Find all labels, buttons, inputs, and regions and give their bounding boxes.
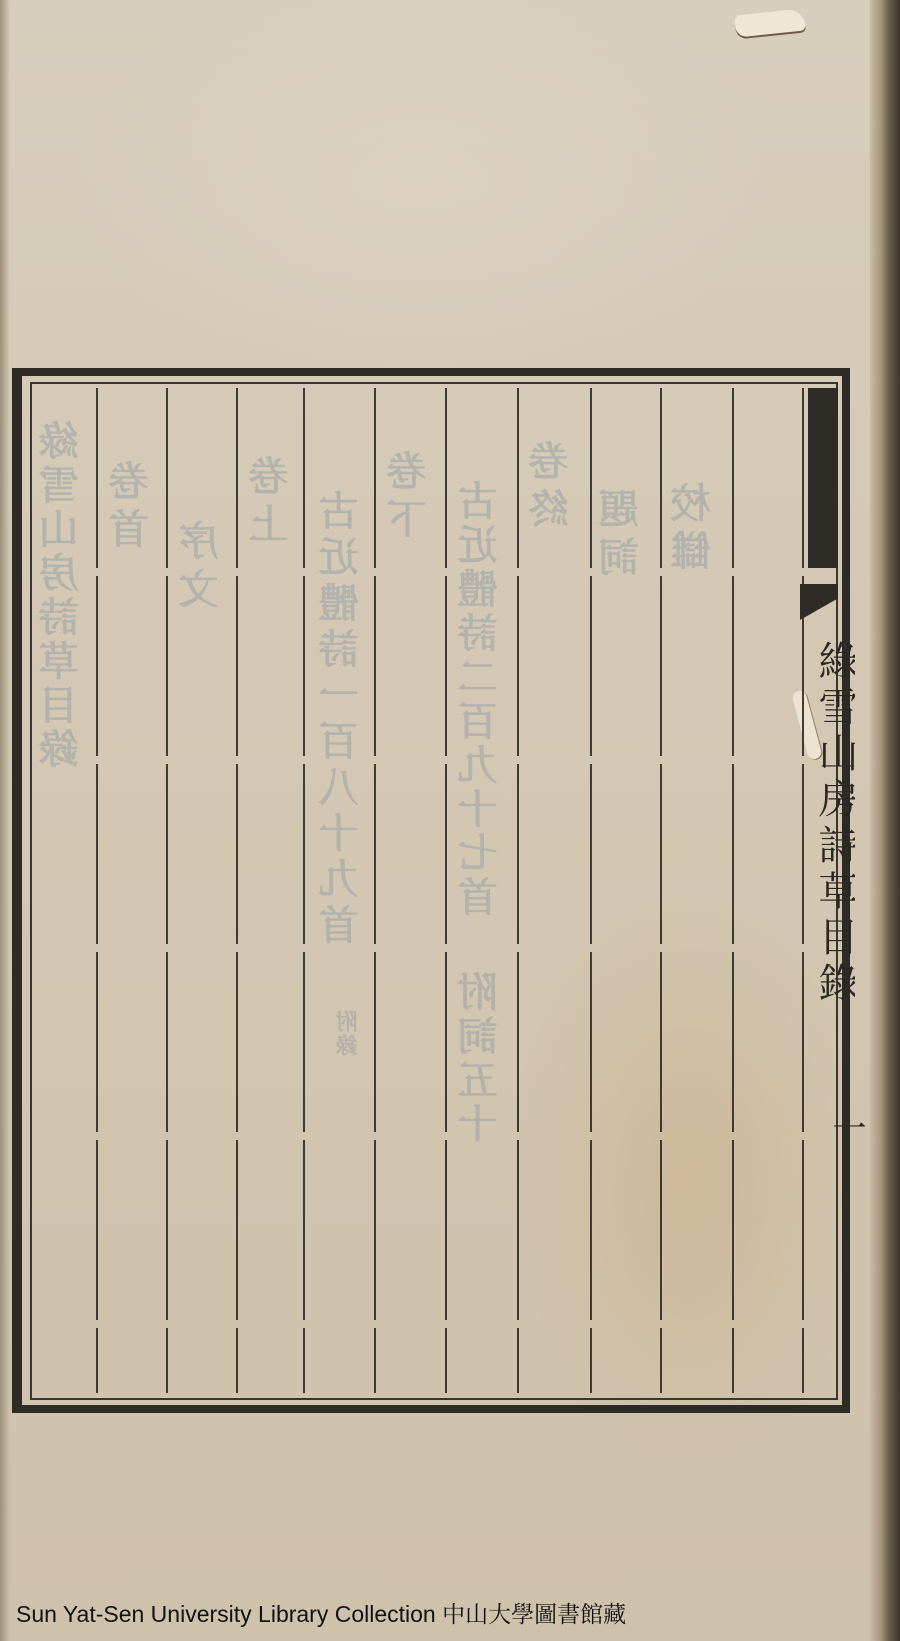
show-through-column-6: 古近體詩一百八十九首 (320, 490, 364, 950)
show-through-column-1: 校讎 (672, 482, 716, 578)
show-through-column-5: 卷下 (388, 450, 432, 546)
show-through-annotation: 附錄 (336, 1010, 362, 1058)
column-rule (517, 388, 519, 1393)
library-collection-caption: Sun Yat-Sen University Library Collectio… (16, 1596, 626, 1629)
show-through-column-4: 古近體詩二百九十七首 附詞五十 (460, 480, 502, 1147)
book-page-stack-edge (870, 0, 900, 1641)
fold-column-rule (802, 388, 804, 1393)
scanned-page: 綠雪山房詩草目錄 一 校讎 題詞 卷終 古近體詩二百九十七首 附詞五十 卷下 古… (0, 0, 900, 1641)
column-rule (732, 388, 734, 1393)
column-rule (96, 388, 98, 1393)
column-rule (374, 388, 376, 1393)
column-rule (303, 388, 305, 1393)
wormhole-damage (734, 8, 806, 37)
show-through-column-10: 綠雪山房詩草目錄 (40, 420, 84, 772)
show-through-column-7: 卷上 (250, 455, 294, 551)
show-through-column-8: 序文 (180, 520, 224, 616)
column-rule (166, 388, 168, 1393)
column-rule (445, 388, 447, 1393)
show-through-column-2: 題詞 (600, 488, 644, 584)
fold-black-mouth (808, 388, 838, 568)
show-through-column-9: 卷首 (110, 460, 154, 556)
caption-chinese: 中山大學圖書館藏 (442, 1602, 626, 1628)
page-left-edge (0, 0, 10, 1641)
show-through-column-3: 卷終 (530, 440, 574, 536)
column-rule (590, 388, 592, 1393)
fold-heading: 綠雪山房詩草目錄 (815, 640, 855, 1008)
column-rule (236, 388, 238, 1393)
caption-english: Sun Yat-Sen University Library Collectio… (16, 1601, 436, 1627)
column-rule (660, 388, 662, 1393)
fold-page-number: 一 (822, 1110, 871, 1144)
